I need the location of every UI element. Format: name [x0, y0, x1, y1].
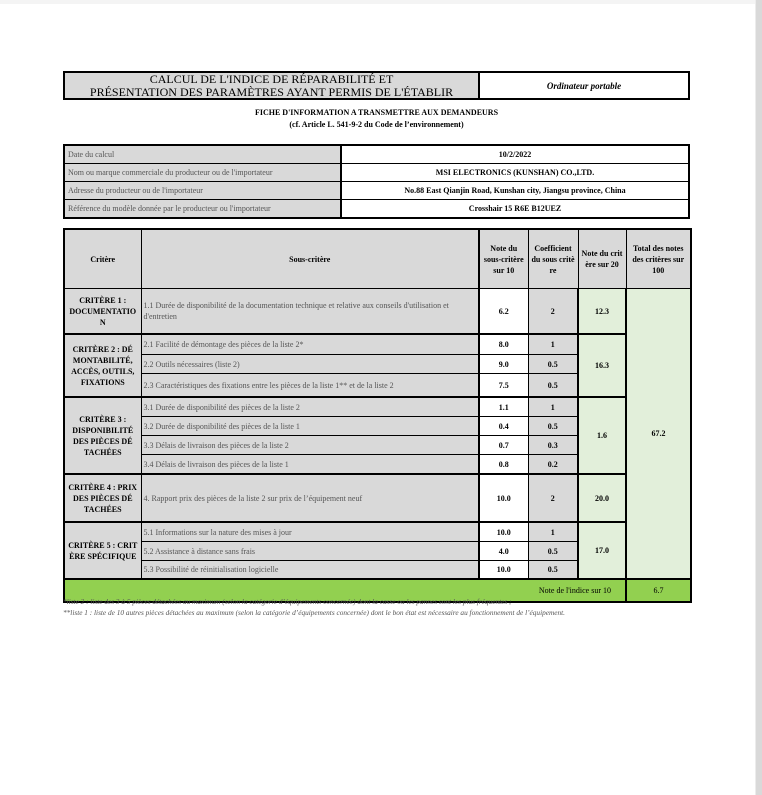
criterion-name: CRITÈRE 1 : DOCUMENTATIO N — [64, 289, 141, 335]
total-score: 67.2 — [626, 289, 691, 580]
subtitle-line-1: FICHE D'INFORMATION A TRANSMETTRE AUX DE… — [63, 108, 690, 117]
sub-criterion-label: 1.1 Durée de disponibilité de la documen… — [141, 289, 479, 335]
sub-criterion-label: 5.3 Possibilité de réinitialisation logi… — [141, 561, 479, 580]
sub-criterion-label: 3.4 Délais de livraison des pièces de la… — [141, 455, 479, 475]
table-row: CRITÈRE 5 : CRIT ÈRE SPÉCIFIQUE5.1 Infor… — [64, 522, 691, 542]
info-value: MSI ELECTRONICS (KUNSHAN) CO.,LTD. — [341, 164, 689, 182]
sub-criterion-coefficient: 0.5 — [528, 355, 578, 374]
info-row: Date du calcul10/2/2022 — [64, 145, 689, 164]
header-sous-critere: Sous-critère — [141, 229, 479, 289]
sub-criterion-note: 9.0 — [479, 355, 528, 374]
table-row: CRITÈRE 1 : DOCUMENTATIO N1.1 Durée de d… — [64, 289, 691, 335]
header-note: Note du sous-critère sur 10 — [479, 229, 528, 289]
header-note-crit: Note du crit ère sur 20 — [578, 229, 626, 289]
sub-criterion-note: 0.4 — [479, 417, 528, 436]
table-row: CRITÈRE 3 : DISPONIBILITÉ DES PIÈCES DÉ … — [64, 397, 691, 417]
criterion-score: 20.0 — [578, 474, 626, 522]
criterion-score: 16.3 — [578, 334, 626, 397]
info-value: 10/2/2022 — [341, 145, 689, 164]
footnote-liste-2: *liste 2 : liste des 3 à 5 pièces détach… — [63, 597, 511, 606]
info-value: Crosshair 15 R6E B12UEZ — [341, 200, 689, 219]
sub-criterion-coefficient: 0.5 — [528, 374, 578, 398]
info-row: Adresse du producteur ou de l'importateu… — [64, 182, 689, 200]
sub-criterion-note: 10.0 — [479, 474, 528, 522]
table-row: CRITÈRE 4 : PRIX DES PIÈCES DÉ TACHÉES4.… — [64, 474, 691, 522]
sub-criterion-note: 6.2 — [479, 289, 528, 335]
document-title: CALCUL DE L'INDICE DE RÉPARABILITÉ ET PR… — [65, 73, 480, 98]
sub-criterion-note: 10.0 — [479, 561, 528, 580]
info-label: Adresse du producteur ou de l'importateu… — [64, 182, 341, 200]
criterion-name: CRITÈRE 2 : DÉ MONTABILITÉ, ACCÈS, OUTIL… — [64, 334, 141, 397]
sub-criterion-coefficient: 1 — [528, 334, 578, 355]
criterion-name: CRITÈRE 3 : DISPONIBILITÉ DES PIÈCES DÉ … — [64, 397, 141, 474]
page-top-edge — [0, 0, 756, 4]
header-critere: Critère — [64, 229, 141, 289]
sub-criterion-label: 3.1 Durée de disponibilité des pièces de… — [141, 397, 479, 417]
sub-criterion-note: 10.0 — [479, 522, 528, 542]
sub-criterion-coefficient: 1 — [528, 397, 578, 417]
info-label: Nom ou marque commerciale du producteur … — [64, 164, 341, 182]
table-header-row: Critère Sous-critère Note du sous-critèr… — [64, 229, 691, 289]
sub-criterion-coefficient: 0.5 — [528, 542, 578, 561]
sub-criterion-coefficient: 2 — [528, 474, 578, 522]
sub-criterion-label: 2.1 Facilité de démontage des pièces de … — [141, 334, 479, 355]
sub-criterion-label: 5.2 Assistance à distance sans frais — [141, 542, 479, 561]
sub-criterion-label: 3.2 Durée de disponibilité des pièces de… — [141, 417, 479, 436]
info-value: No.88 East Qianjin Road, Kunshan city, J… — [341, 182, 689, 200]
table-row: CRITÈRE 2 : DÉ MONTABILITÉ, ACCÈS, OUTIL… — [64, 334, 691, 355]
sub-criterion-coefficient: 0.5 — [528, 561, 578, 580]
sub-criterion-note: 4.0 — [479, 542, 528, 561]
criterion-name: CRITÈRE 5 : CRIT ÈRE SPÉCIFIQUE — [64, 522, 141, 579]
sub-criterion-coefficient: 0.5 — [528, 417, 578, 436]
criterion-score: 12.3 — [578, 289, 626, 335]
sub-criterion-note: 0.7 — [479, 436, 528, 455]
repairability-index: 6.7 — [626, 579, 691, 602]
sub-criterion-coefficient: 0.2 — [528, 455, 578, 475]
sub-criterion-coefficient: 1 — [528, 522, 578, 542]
header-coef: Coefficient du sous critè re — [528, 229, 578, 289]
repairability-table: Critère Sous-critère Note du sous-critèr… — [63, 228, 692, 603]
sub-criterion-note: 7.5 — [479, 374, 528, 398]
sub-criterion-note: 8.0 — [479, 334, 528, 355]
footnote-liste-1: **liste 1 : liste de 10 autres pièces dé… — [63, 608, 565, 617]
sub-criterion-coefficient: 0.3 — [528, 436, 578, 455]
product-category: Ordinateur portable — [480, 73, 688, 98]
criterion-score: 1.6 — [578, 397, 626, 474]
sub-criterion-label: 2.2 Outils nécessaires (liste 2) — [141, 355, 479, 374]
info-row: Nom ou marque commerciale du producteur … — [64, 164, 689, 182]
sub-criterion-label: 4. Rapport prix des pièces de la liste 2… — [141, 474, 479, 522]
sub-criterion-note: 1.1 — [479, 397, 528, 417]
sub-criterion-coefficient: 2 — [528, 289, 578, 335]
sub-criterion-label: 5.1 Informations sur la nature des mises… — [141, 522, 479, 542]
criterion-score: 17.0 — [578, 522, 626, 579]
sub-criterion-note: 0.8 — [479, 455, 528, 475]
criterion-name: CRITÈRE 4 : PRIX DES PIÈCES DÉ TACHÉES — [64, 474, 141, 522]
title-line-2: PRÉSENTATION DES PARAMÈTRES AYANT PERMIS… — [65, 86, 478, 99]
sub-criterion-label: 3.3 Délais de livraison des pièces de la… — [141, 436, 479, 455]
scrollbar[interactable] — [755, 0, 762, 795]
info-label: Date du calcul — [64, 145, 341, 164]
header-total: Total des notes des critères sur 100 — [626, 229, 691, 289]
info-row: Référence du modèle donnée par le produc… — [64, 200, 689, 219]
sub-criterion-label: 2.3 Caractéristiques des fixations entre… — [141, 374, 479, 398]
info-label: Référence du modèle donnée par le produc… — [64, 200, 341, 219]
info-table: Date du calcul10/2/2022Nom ou marque com… — [63, 144, 690, 219]
title-box: CALCUL DE L'INDICE DE RÉPARABILITÉ ET PR… — [63, 71, 690, 100]
subtitle-line-2: (cf. Article L. 541-9-2 du Code de l’env… — [63, 120, 690, 129]
